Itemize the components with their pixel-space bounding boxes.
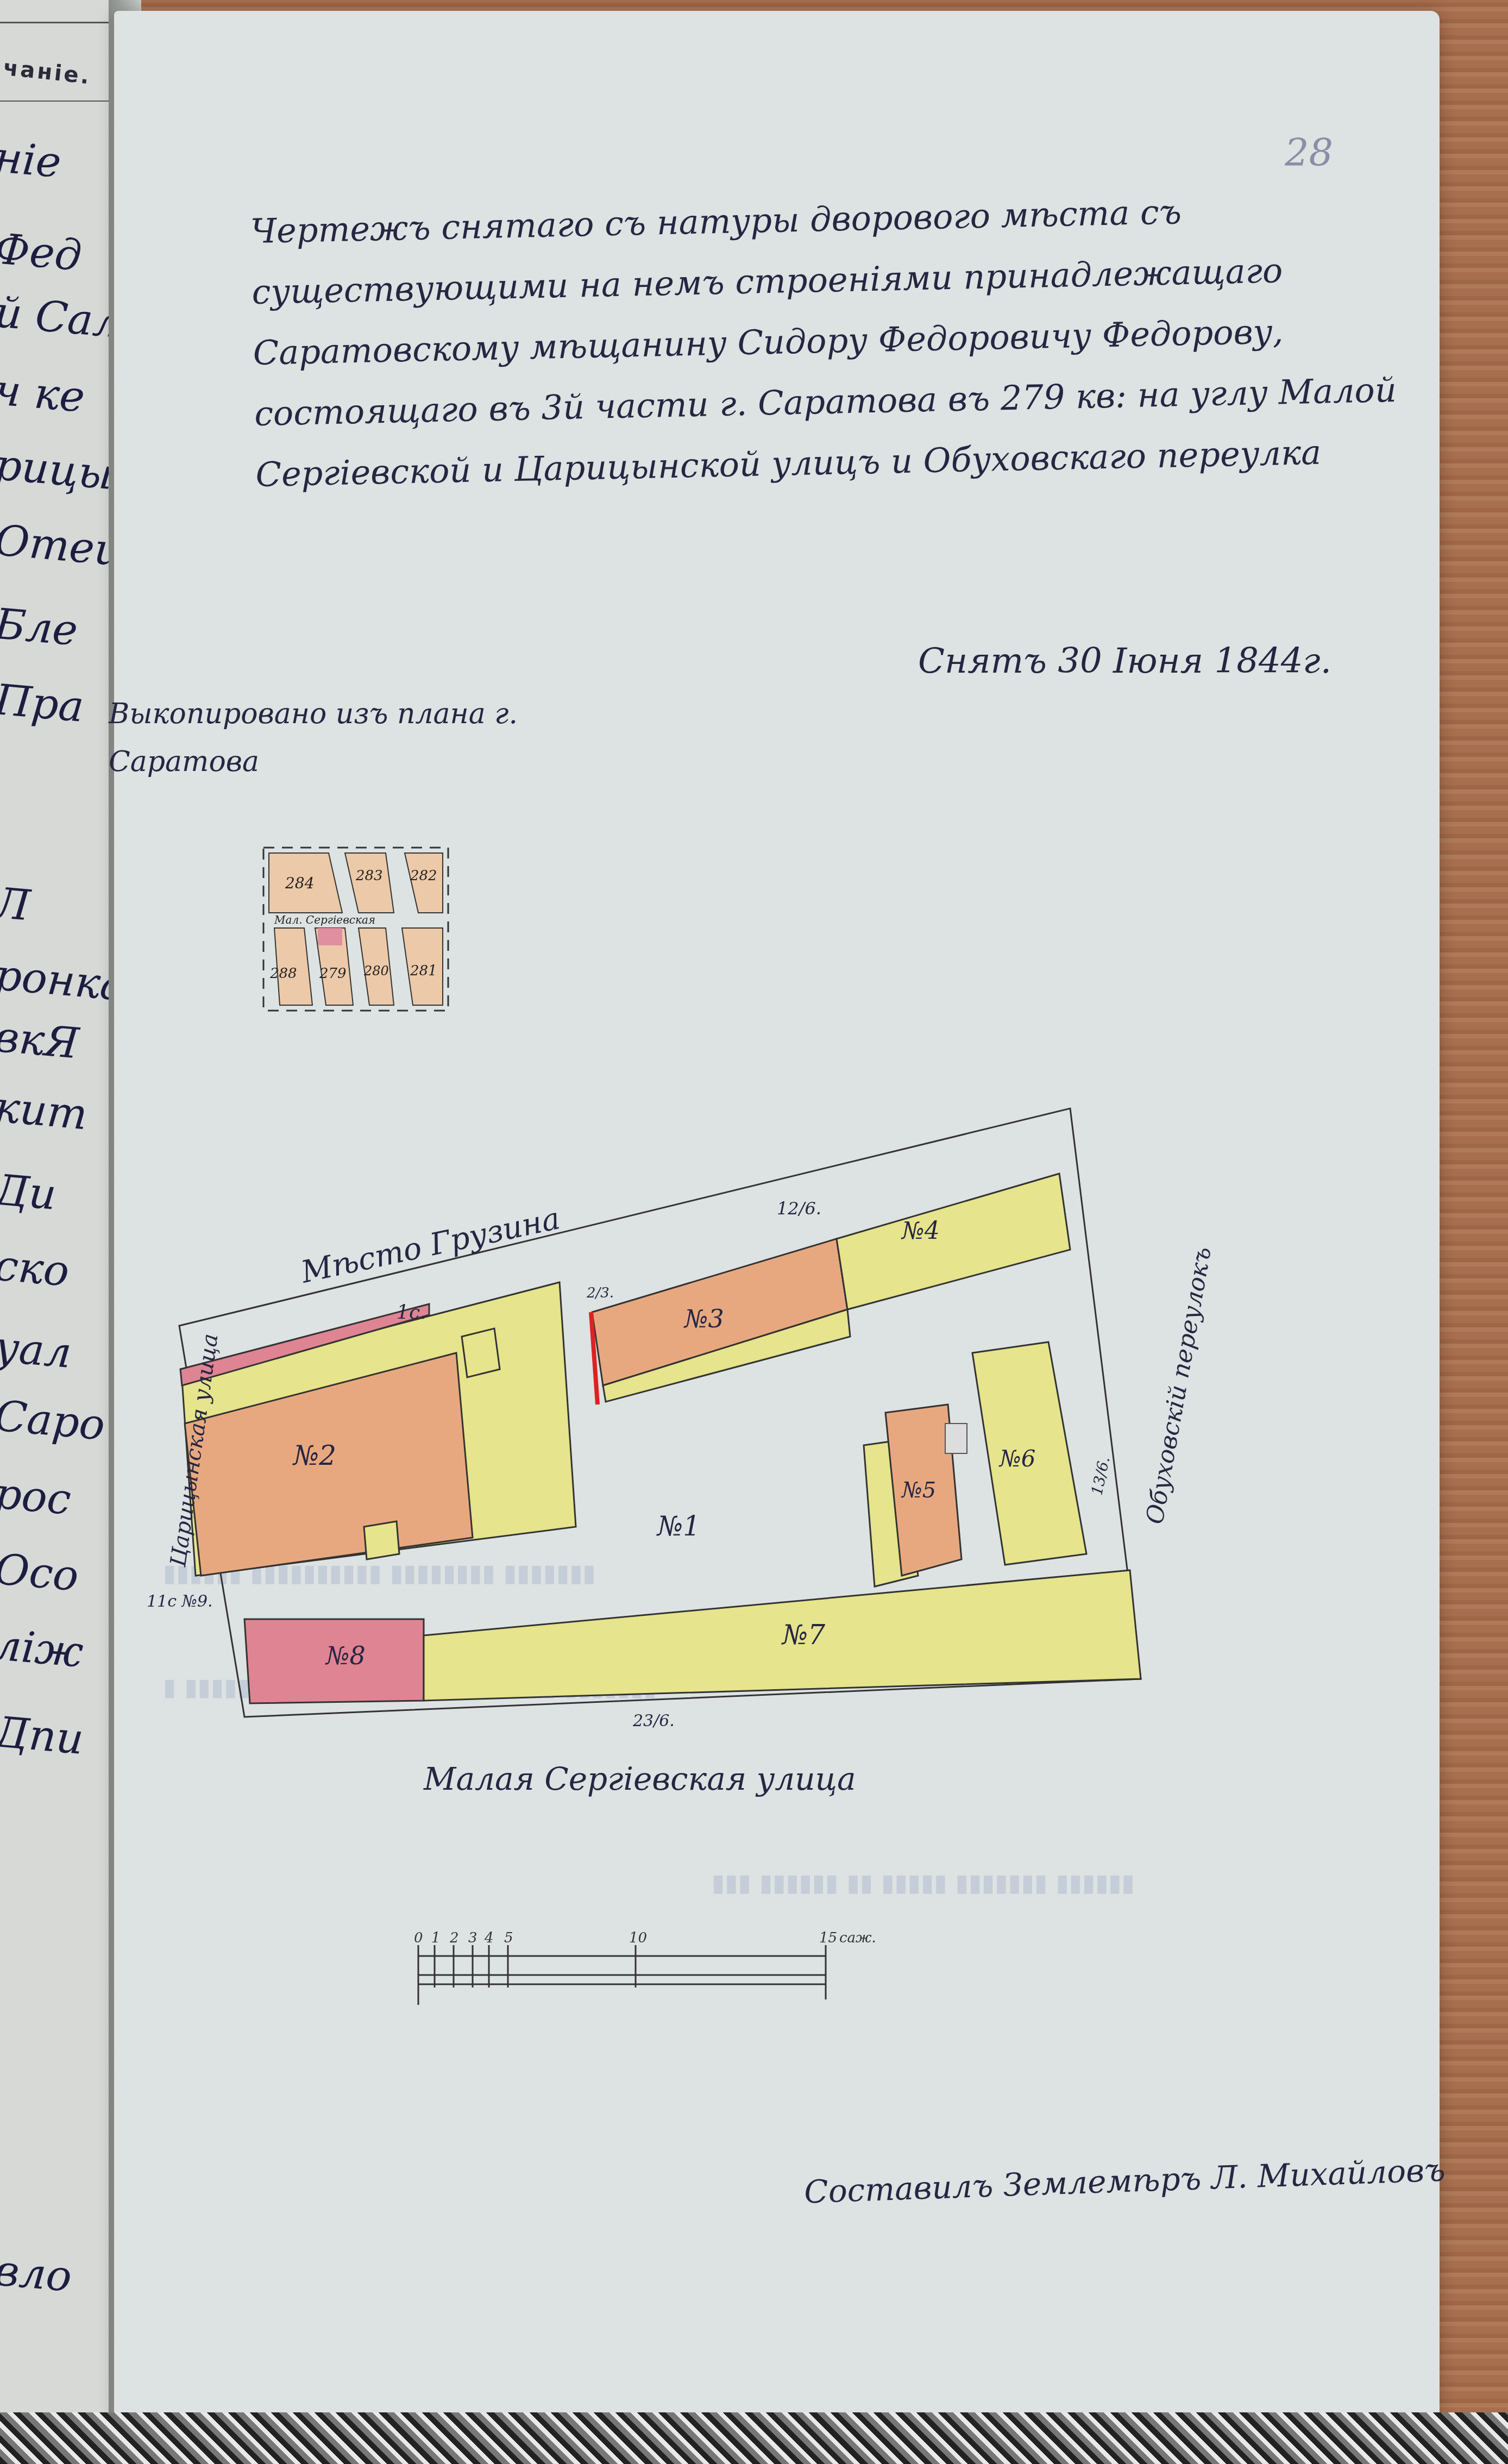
building-label: №5 — [902, 1478, 936, 1503]
document-page: ▮▮▮▮▮▮ ▮▮▮▮▮▮▮▮▮▮ ▮▮▮▮▮▮▮▮ ▮▮▮▮▮▮▮ ▮ ▮▮▮… — [114, 11, 1440, 2418]
header-rule-2 — [0, 101, 109, 102]
svg-text:284: 284 — [285, 874, 314, 892]
building-label: №1 — [657, 1510, 700, 1542]
left-fragment: ронка — [0, 951, 112, 1011]
left-fragment: уал — [0, 1322, 73, 1378]
svg-text:281: 281 — [410, 963, 437, 979]
building-label: №3 — [684, 1304, 724, 1333]
left-fragment: кит — [0, 1083, 89, 1140]
left-fragment: й Сал — [0, 288, 112, 348]
svg-text:15: 15 — [819, 1930, 837, 1946]
locator-map: 284 283 282 288 279 280 281 Мал. Сергіев… — [263, 848, 448, 1011]
left-fragment: рицы — [0, 441, 112, 500]
svg-text:288: 288 — [269, 965, 297, 982]
svg-text:5: 5 — [504, 1930, 513, 1946]
left-fragment: Пра — [0, 675, 86, 732]
building-label: №6 — [1000, 1445, 1035, 1472]
street-label-bottom: Малая Сергіевская улица — [424, 1760, 856, 1797]
dimension-label: 12/6. — [777, 1198, 821, 1219]
site-plan — [179, 1108, 1141, 1717]
svg-text:4: 4 — [484, 1930, 494, 1946]
dimension-label: 1с. — [397, 1301, 426, 1324]
left-fragment: ніе — [0, 133, 63, 187]
dimension-label: 2/3. — [587, 1285, 614, 1301]
left-page-header: чаніе. — [2, 55, 92, 90]
fabric-edge — [0, 2412, 1508, 2464]
left-fragment: Бле — [0, 599, 80, 655]
building-label: №2 — [293, 1440, 336, 1471]
left-fragment: вкЯ — [0, 1012, 81, 1068]
building-label: №4 — [902, 1217, 940, 1245]
left-fragment: Дпи — [0, 1708, 86, 1764]
svg-text:3: 3 — [468, 1930, 477, 1946]
svg-text:1: 1 — [431, 1930, 441, 1946]
svg-text:Мал. Сергіевская: Мал. Сергіевская — [274, 913, 375, 926]
left-fragment: вло — [0, 2246, 74, 2302]
svg-text:280: 280 — [363, 963, 389, 979]
left-fragment: ско — [0, 1241, 71, 1296]
svg-text:279: 279 — [319, 965, 347, 982]
left-fragment: Отец — [0, 516, 112, 576]
left-fragment: Саро — [0, 1391, 107, 1450]
svg-text:10: 10 — [629, 1930, 647, 1946]
building-label: №8 — [326, 1641, 366, 1670]
building-label: №7 — [782, 1619, 825, 1651]
left-fragment: ч ке — [0, 366, 87, 422]
left-fragment: рос — [0, 1469, 73, 1525]
svg-text:саж.: саж. — [839, 1930, 876, 1946]
svg-text:0: 0 — [414, 1930, 423, 1946]
left-fragment: ліж — [0, 1621, 85, 1677]
dimension-label: 11с №9. — [147, 1592, 213, 1611]
svg-text:283: 283 — [355, 868, 383, 884]
left-fragment: Фед — [0, 224, 84, 281]
svg-text:282: 282 — [410, 868, 437, 884]
dimension-label: 23/6. — [633, 1711, 675, 1731]
header-rule — [0, 22, 109, 23]
svg-text:2: 2 — [449, 1930, 459, 1946]
left-fragment: Л — [0, 879, 32, 930]
left-fragment: Ди — [0, 1165, 58, 1220]
left-fragment: Осо — [0, 1545, 80, 1601]
scale-bar: 0 1 2 3 4 5 10 15 саж. — [414, 1930, 876, 2005]
left-page: чаніе. ніе Фед й Сал ч ке рицы Отец Бле … — [0, 0, 112, 2464]
